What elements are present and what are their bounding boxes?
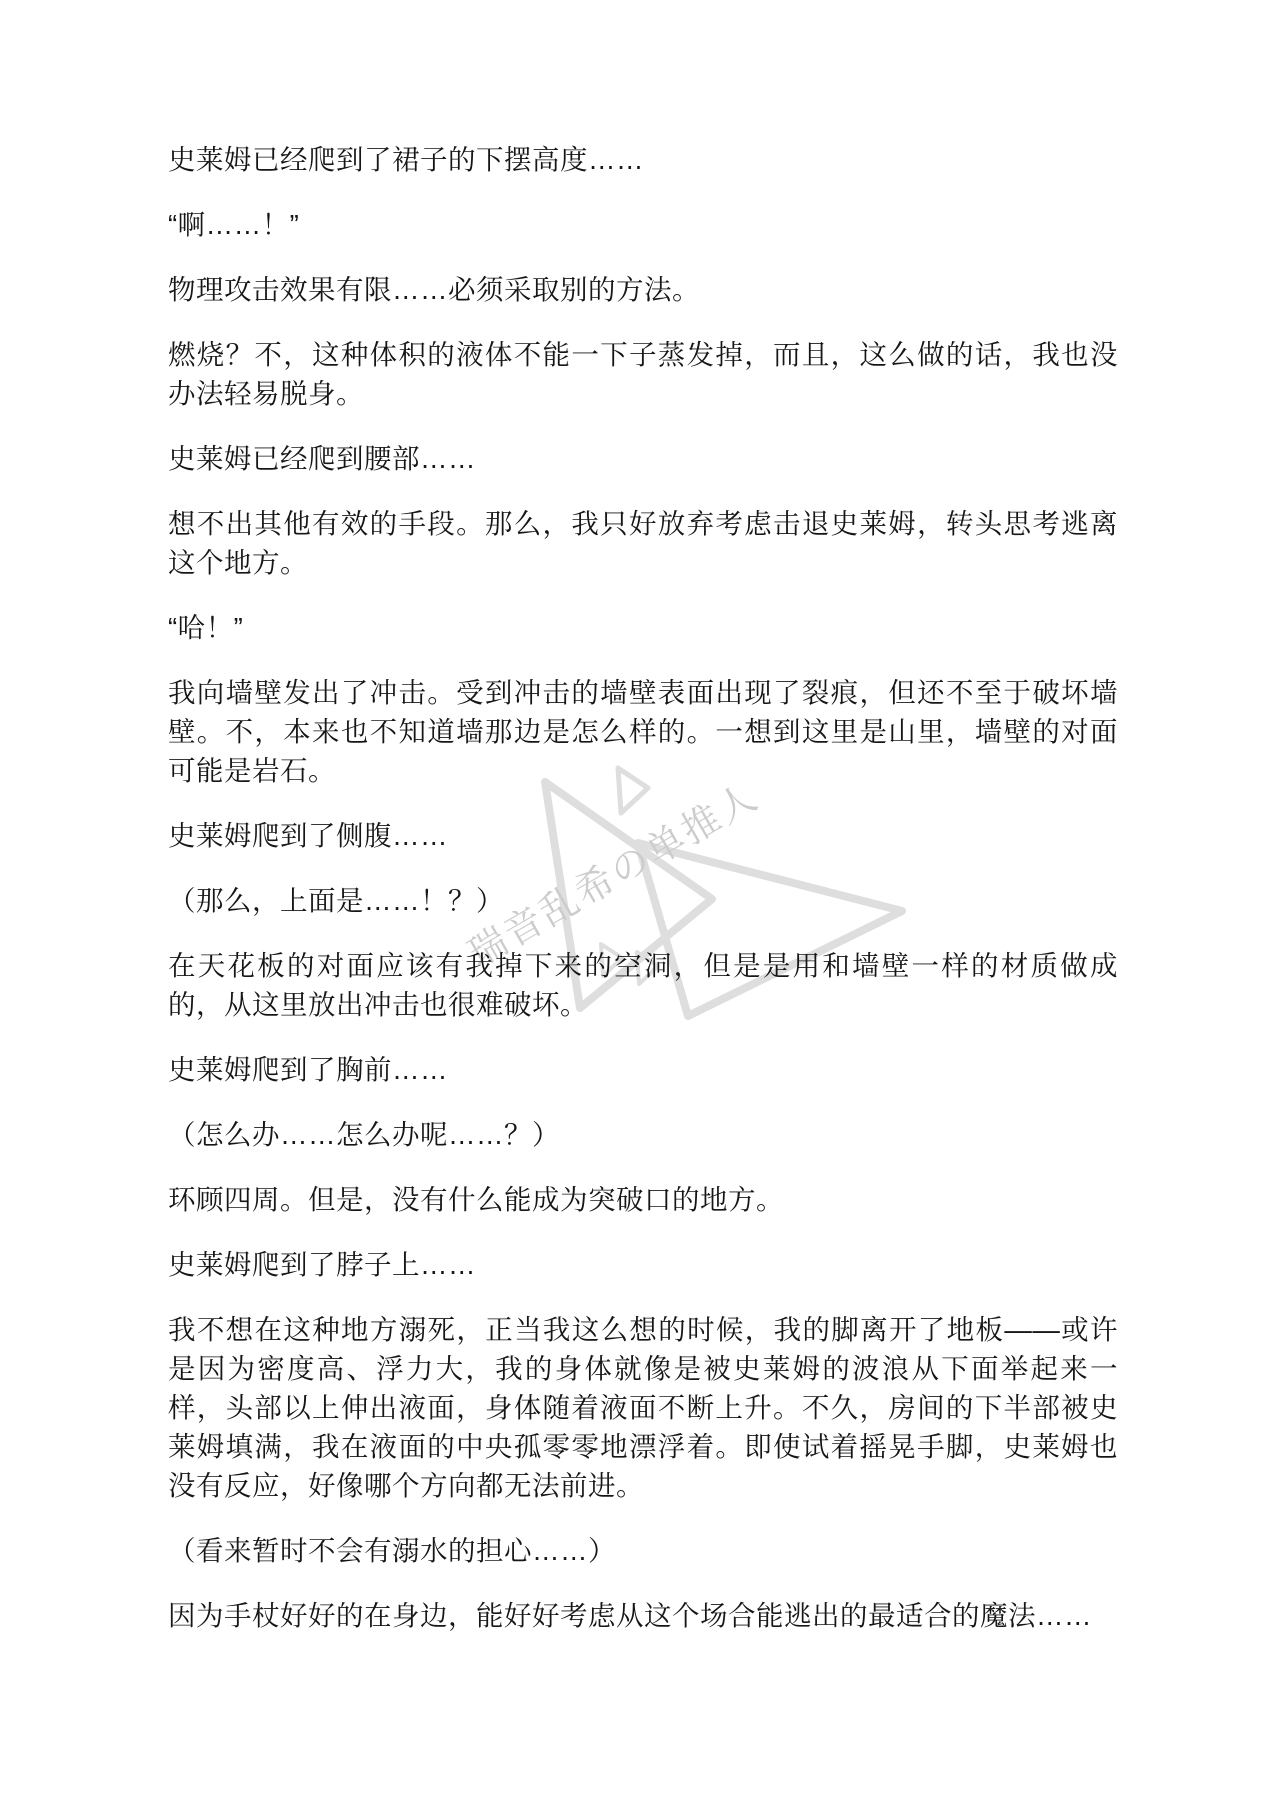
- paragraph: 史莱姆爬到了侧腹……: [168, 816, 1118, 855]
- paragraph: 我不想在这种地方溺死，正当我这么想的时候，我的脚离开了地板——或许是因为密度高、…: [168, 1310, 1118, 1505]
- paragraph: 因为手杖好好的在身边，能好好考虑从这个场合能逃出的最适合的魔法……: [168, 1596, 1118, 1635]
- paragraph: 史莱姆已经爬到了裙子的下摆高度……: [168, 140, 1118, 179]
- paragraph: （看来暂时不会有溺水的担心……）: [168, 1531, 1118, 1570]
- paragraph: 史莱姆爬到了胸前……: [168, 1050, 1118, 1089]
- paragraph: 环顾四周。但是，没有什么能成为突破口的地方。: [168, 1180, 1118, 1219]
- paragraph: 物理攻击效果有限……必须采取别的方法。: [168, 270, 1118, 309]
- paragraph: 我向墙壁发出了冲击。受到冲击的墙壁表面出现了裂痕，但还不至于破坏墙壁。不，本来也…: [168, 673, 1118, 790]
- paragraph: “啊……！”: [168, 205, 1118, 244]
- paragraph: （那么，上面是……！？）: [168, 881, 1118, 920]
- paragraph: 史莱姆已经爬到腰部……: [168, 439, 1118, 478]
- paragraph: “哈！”: [168, 608, 1118, 647]
- paragraph: 史莱姆爬到了脖子上……: [168, 1245, 1118, 1284]
- paragraph: （怎么办……怎么办呢……？）: [168, 1115, 1118, 1154]
- paragraph: 燃烧？不，这种体积的液体不能一下子蒸发掉，而且，这么做的话，我也没办法轻易脱身。: [168, 335, 1118, 413]
- document-page: 瑞音乱希の单推人 史莱姆已经爬到了裙子的下摆高度…… “啊……！” 物理攻击效果…: [0, 0, 1280, 1810]
- paragraph: 在天花板的对面应该有我掉下来的空洞，但是是用和墙壁一样的材质做成的，从这里放出冲…: [168, 946, 1118, 1024]
- paragraph: 想不出其他有效的手段。那么，我只好放弃考虑击退史莱姆，转头思考逃离这个地方。: [168, 504, 1118, 582]
- novel-text: 史莱姆已经爬到了裙子的下摆高度…… “啊……！” 物理攻击效果有限……必须采取别…: [168, 140, 1118, 1661]
